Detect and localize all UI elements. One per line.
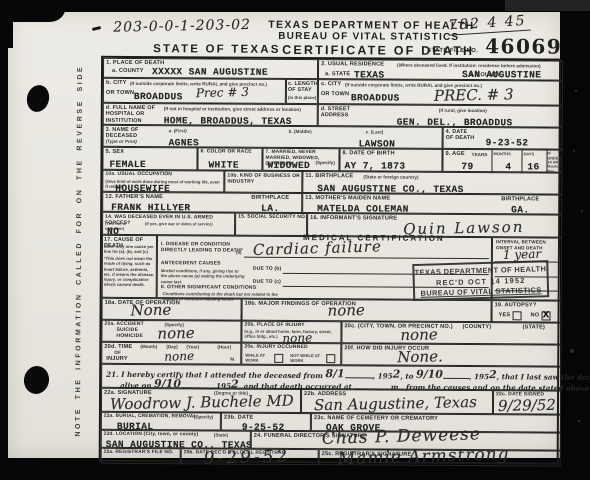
name-sublabel: (Type or Print) (106, 139, 137, 145)
physician-address: San Augustine, Texas (314, 393, 477, 414)
res-or-town-label: OR TOWN (321, 91, 349, 98)
field-label: 2. USUAL RESIDENCE (321, 61, 384, 68)
dod-label: 4. DATE OF DEATH (446, 129, 476, 142)
box-industry: 10b. KIND OF BUSINESS OR INDUSTRY (224, 171, 302, 193)
handwritten-file-code: 203-0-0-1-203-02 (113, 17, 251, 36)
marital-sublabel: (Specify) (315, 160, 334, 166)
race-label: 6. COLOR OR RACE (201, 149, 252, 155)
age-months-label: MONTHS (494, 152, 511, 157)
ssn-label: 15. SOCIAL SECURITY NO. (238, 215, 307, 221)
certificate-content: NOTE THE INFORMATION CALLED FOR ON THE R… (0, 0, 590, 480)
father-birthplace-label: BIRTHPLACE (251, 195, 289, 202)
box-name-of-deceased: 3. NAME OF DECEASED (Type or Print) a. (… (103, 125, 443, 149)
autopsy-label: 19. AUTOPSY? (495, 302, 537, 309)
date-received-value: 9-29-52 (203, 446, 290, 468)
box-how-injury-occurred: 20f. HOW DID INJURY OCCUR None. (341, 343, 561, 366)
cemetery-label: 23c. NAME OF CEMETERY OR CREMATORY (314, 415, 438, 422)
box-mother-name: 13. MOTHER'S MAIDEN NAME BIRTHPLACE MATE… (302, 193, 562, 215)
box-color-race: 6. COLOR OR RACE WHITE (197, 147, 262, 170)
injury-state-label: (STATE) (522, 324, 545, 331)
age-divider (521, 150, 522, 173)
box-armed-forces: 14. WAS DECEASED EVER IN U.S. ARMED FORC… (102, 212, 235, 236)
last-name-label: c. (Last) (366, 129, 384, 135)
box-occupation: 10a. USUAL OCCUPATION (Give kind of work… (102, 170, 224, 193)
disease-a: (a) (236, 250, 242, 256)
res-city-label: c. CITY (321, 81, 341, 88)
injury-time-label3: INJURY (106, 356, 128, 363)
scanned-death-certificate: NOTE THE INFORMATION CALLED FOR ON THE R… (0, 0, 590, 480)
box-sex: 5. SEX FEMALE (102, 147, 197, 171)
county-value: XXXXX SAN AUGUSTINE (152, 66, 268, 78)
age-years-label: YEARS (472, 152, 488, 158)
box-cause-of-death-notes: 17. CAUSE OF DEATH Enter only one cause … (102, 235, 157, 298)
mother-birthplace-label: BIRTHPLACE (501, 196, 539, 203)
injury-location-value: none (400, 325, 438, 344)
box-city-of-residence: c. CITY (If outside corporate limits, wr… (318, 79, 563, 105)
not-while-at-work-label: NOT WHILE AT WORK (290, 353, 322, 364)
box-length-of-stay: c. LENGTH OF STAY (in this place) (286, 79, 318, 104)
first-name-label: a. (First) (169, 128, 187, 134)
box-street-address: d. STREET ADDRESS (If rural, give locati… (318, 104, 563, 127)
autopsy-yes-label: YES (499, 312, 511, 318)
burial-location-state-label: (State) (214, 432, 228, 438)
antecedent-label: ANTECEDENT CAUSES (161, 261, 221, 267)
burial-sublabel: (Specify) (194, 414, 213, 420)
burial-date-label: 23b. DATE (224, 415, 253, 422)
injury-month-label: (Month) (140, 344, 157, 350)
interval-line (495, 290, 559, 291)
box-time-of-injury: 20d. TIME OF INJURY (Month) (Day) (Year)… (101, 342, 241, 365)
res-precinct-hand: PREC. # 3 (434, 85, 514, 105)
sex-value: FEMALE (109, 159, 146, 170)
age-divider (491, 150, 492, 173)
age-months-value: 4 (505, 161, 511, 172)
box-accident-suicide-homicide: 20a. ACCIDENT SUICIDE HOMICIDE (Specify)… (101, 320, 241, 343)
or-town-label: OR TOWN (106, 90, 134, 97)
injury-county-label: (COUNTY) (462, 324, 491, 331)
race-value: WHITE (208, 159, 239, 170)
box-age: 9. AGE YEARS 79 MONTHS 4 DAYS 16 IF UNDE… (442, 149, 562, 173)
operation-findings-value: none (327, 301, 365, 320)
industry-label: 10b. KIND OF BUSINESS OR INDUSTRY (227, 173, 301, 185)
how-injury-value: None. (397, 347, 443, 366)
injury-m-label: M. (230, 357, 235, 363)
occupation-label: 10a. USUAL OCCUPATION (105, 172, 172, 178)
box-registrar-file-no: 25a. REGISTRAR'S FILE NO. (101, 448, 181, 464)
box-date-of-operation: 18a. DATE OF OPERATION None (102, 298, 242, 321)
box-interval: INTERVAL BETWEEN ONSET AND DEATH 1 year (492, 237, 562, 300)
marital-value: WIDOWED (267, 160, 310, 171)
age-label: 9. AGE (446, 151, 465, 158)
armed-forces-sub2: (If yes, give war or dates of service) (145, 221, 230, 227)
inst-label: d. FULL NAME OF HOSPITAL OR INSTITUTION (106, 105, 161, 125)
injury-time-label2: OF (114, 350, 121, 355)
box-autopsy: 19. AUTOPSY? YES NO X (492, 300, 562, 322)
dob-label: 8. DATE OF BIRTH (343, 150, 395, 157)
age-days-value: 16 (527, 161, 539, 172)
box-marital-status: 7. MARRIED, NEVER MARRIED, WIDOWED, DIVO… (262, 148, 339, 171)
box-place-of-injury: 20b. PLACE OF INJURY (e.g., in or about … (241, 321, 341, 344)
interval-value: 1 year (503, 247, 542, 262)
box-medical-certification: MEDICAL CERTIFICATION I. DISEASE OR COND… (157, 235, 492, 300)
stay-label: c. LENGTH OF STAY (288, 81, 318, 94)
age-years-value: 79 (461, 161, 473, 172)
cause-note1: Enter only one cause per line for (a), (… (104, 244, 155, 255)
certificate-form: 1. PLACE OF DEATH a. COUNTY XXXXX SAN AU… (99, 56, 561, 465)
box-date-signed: 22c. DATE SIGNED 9/29/52 (493, 390, 561, 414)
not-while-at-work-checkbox (326, 354, 335, 363)
reverse-side-note: NOTE THE INFORMATION CALLED FOR ON THE R… (75, 51, 84, 437)
street-label: d. STREET ADDRESS (321, 106, 361, 119)
date-signed-value: 9/29/52 (498, 396, 556, 415)
box-burial-location: 23d. LOCATION (City, town, or county) (S… (101, 430, 251, 449)
box-operation-findings: 18b. MAJOR FINDINGS OF OPERATION none (242, 299, 492, 323)
interval-line (495, 261, 559, 262)
age-days-label: DAYS (524, 152, 535, 157)
autopsy-no-checkbox: X (542, 311, 551, 320)
res-county-value: SAN AUGUSTINE (462, 69, 541, 80)
middle-name-label: b. (Middle) (289, 129, 312, 135)
autopsy-yes-checkbox (513, 311, 522, 320)
box-usual-residence: 2. USUAL RESIDENCE (Where deceased lived… (318, 59, 563, 80)
state-file-no-label: STATE FILE NO. (427, 48, 478, 54)
physician-signature: Woodrow J. Buchele MD (110, 392, 294, 414)
city-label: b. CITY (106, 80, 127, 87)
box-ssn: 15. SOCIAL SECURITY NO. (235, 213, 307, 236)
injury-occurred-label: 20e. INJURY OCCURRED (244, 345, 308, 351)
state-label: a. STATE (325, 71, 350, 78)
street-sublabel: (If rural, give location) (439, 108, 487, 114)
box-physician-address: 22b. ADDRESS San Augustine, Texas (301, 389, 493, 414)
birthplace-label: 11. BIRTHPLACE (305, 173, 353, 180)
mother-label: 13. MOTHER'S MAIDEN NAME (305, 195, 390, 202)
box-date-received: 25b. DATE REC'D BY LOCAL REGISTRAR 9-29-… (181, 448, 319, 465)
inst-sublabel: (If not in hospital or institution, give… (164, 106, 314, 112)
injury-time-value: none (164, 349, 194, 364)
box-injury-occurred: 20e. INJURY OCCURRED WHILE AT WORK NOT W… (241, 343, 341, 366)
county-label: a. COUNTY (112, 68, 144, 75)
burial-location-label: 23d. LOCATION (City, town, or county) (104, 432, 199, 438)
box-birthplace: 11. BIRTHPLACE (State or foreign country… (302, 171, 562, 195)
stay-sublabel: (in this place) (288, 95, 318, 101)
cause-of-death-value: Cardiac failure (253, 237, 382, 259)
dod-value: 9-23-52 (486, 137, 529, 148)
handwritten-volume-code: 782 4 45 (448, 13, 531, 36)
dob-value: AY 7, 1873 (344, 160, 405, 171)
res-city-value: BROADDUS (351, 92, 400, 103)
interval-line (495, 276, 559, 277)
due-to-c-label: DUE TO (c) (253, 280, 281, 286)
birthplace-sublabel: (State or foreign country) (363, 174, 418, 180)
state-of-texas: STATE OF TEXAS (153, 43, 281, 56)
box-date-of-birth: 8. DATE OF BIRTH AY 7, 1873 (339, 148, 442, 172)
box-physician-signature: 22a. SIGNATURE (Degree or title) Woodrow… (101, 388, 301, 413)
box-father-name: 12. FATHER'S NAME BIRTHPLACE FRANK HILLY… (102, 192, 302, 213)
box-burial: 23a. BURIAL, CREMATION, REMOVAL (Specify… (101, 412, 221, 431)
antecedent-sublabel: Morbid conditions, if any, giving rise t… (161, 268, 246, 284)
while-at-work-checkbox (274, 354, 283, 363)
dept-line2: BUREAU OF VITAL STATISTICS (278, 31, 459, 43)
cause-note2: *This does not mean the mode of dying, s… (104, 256, 155, 288)
while-at-work-label: WHILE AT WORK (245, 353, 273, 364)
operation-date-value: None (130, 301, 171, 320)
asx-label3: HOMICIDE (116, 334, 143, 340)
autopsy-no-label: NO (531, 312, 540, 318)
asx-value: none (157, 324, 195, 343)
registrar-signature: Mamie Armstrong (337, 444, 509, 469)
box-injury-location: 20c. (CITY, TOWN, OR PRECINCT NO.) (COUN… (341, 321, 561, 344)
autopsy-no-mark: X (543, 310, 550, 320)
city-precinct-hand: Prec # 3 (196, 85, 249, 101)
registrar-file-label: 25a. REGISTRAR'S FILE NO. (104, 450, 174, 456)
sex-label: 5. SEX (106, 149, 125, 156)
box-hospital: d. FULL NAME OF HOSPITAL OR INSTITUTION … (103, 103, 318, 126)
injury-hour-label: (Hour) (217, 344, 231, 350)
state-file-number: 46069 (485, 34, 562, 58)
box-registrar-signature: 25c. REGISTRAR'S SIGNATURE Mamie Armstro… (319, 449, 561, 466)
box-burial-date: 23b. DATE 9-25-52 (221, 413, 311, 432)
box-place-of-death: 1. PLACE OF DEATH a. COUNTY XXXXX SAN AU… (103, 58, 318, 79)
box-date-of-death: 4. DATE OF DEATH 9-23-52 (443, 127, 563, 150)
burial-label: 23a. BURIAL, CREMATION, REMOVAL (104, 414, 197, 420)
due-to-b-label: DUE TO (b) (253, 267, 282, 273)
informant-label: 16. INFORMANT'S SIGNATURE (310, 215, 397, 222)
box-city-of-death: b. CITY (If outside corporate limits, wr… (103, 78, 286, 104)
city-value: BROADDUS (134, 91, 183, 102)
father-label: 12. FATHER'S NAME (105, 194, 163, 201)
box-certification-statement: 21. I hereby certify that I attended the… (101, 364, 561, 391)
